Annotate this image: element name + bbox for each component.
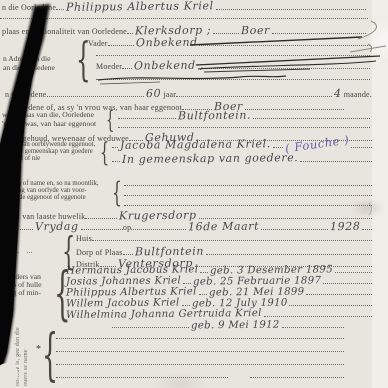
- deceased-name-row: n die Oorledene Philippus Albertus Kriel: [2, 1, 366, 12]
- spouse-name-value: Jacoba Magdalena Kriel.: [118, 138, 273, 151]
- footnote-asterisk: *: [36, 344, 41, 355]
- death-year-value: 1928: [328, 221, 363, 232]
- dotted-line: [92, 235, 372, 241]
- deceased-value: Philippus Albertus Kriel: [64, 0, 216, 13]
- dotted-line: [253, 113, 370, 119]
- dorp-row: Dorp of Plaas Bultfontein: [76, 246, 372, 257]
- death-date-value: 16de Maart: [186, 221, 261, 233]
- blank-line-row: [124, 190, 372, 196]
- residence-label-2: 'n vrou was, van haar eggenoot: [2, 119, 96, 128]
- dotted-line: [306, 289, 372, 295]
- huis-label: Huis: [76, 234, 92, 243]
- dotted-line: [206, 63, 370, 69]
- dotted-line: [56, 333, 344, 339]
- dotted-line: [362, 224, 372, 230]
- dotted-line: [56, 346, 344, 352]
- death-date-op: op: [123, 223, 131, 232]
- dotted-line: [199, 289, 207, 295]
- residence-row: Bultfontein.: [118, 110, 370, 121]
- nationality-label: plaas en Nasionaliteit van Oorledene: [2, 27, 127, 36]
- dotted-line: [118, 122, 370, 128]
- dotted-line: [282, 322, 344, 328]
- margin-note-line-2: ouers se name: [22, 336, 31, 386]
- child-row: Wilhelmina Johanna Gertruida Kriel: [64, 310, 372, 320]
- blank-line-row: [124, 200, 372, 206]
- dorp-value: Bultfontein: [133, 246, 206, 258]
- dotted-line: [273, 142, 283, 148]
- birthplace-value: Klerksdorp ;: [133, 25, 213, 37]
- dorp-label: Dorp of Plaas: [76, 248, 123, 257]
- age-years-unit: jaar: [163, 90, 176, 99]
- blank-line-row: [56, 372, 344, 378]
- age-months-value: 4: [332, 88, 344, 99]
- dotted-line: [335, 267, 372, 273]
- nation-value: Boer: [239, 25, 272, 36]
- blank-line-row: [96, 74, 370, 80]
- dotted-line: [351, 142, 372, 148]
- blank-line-row: [56, 346, 344, 352]
- dotted-line: [289, 300, 372, 306]
- dotted-line: [216, 4, 366, 10]
- vader-label: Vader: [88, 39, 108, 48]
- blank-line-row: [56, 359, 344, 365]
- community-row: In gemeenskap van goedere.: [112, 153, 372, 164]
- dotted-line: [118, 113, 176, 119]
- dotted-line: [131, 224, 186, 230]
- line-gap: [228, 377, 250, 378]
- vader-value: Onbekend: [134, 37, 200, 49]
- deceased-label: n die Oorledene: [2, 3, 56, 12]
- dotted-line: [81, 224, 123, 230]
- death-place-label: k ... ...: [2, 246, 32, 255]
- blank-line-row: [124, 180, 372, 186]
- age-label: n Oorledene: [5, 90, 47, 99]
- dotted-line: [176, 91, 332, 97]
- dotted-line: [112, 156, 120, 162]
- child-row: Josias Johannes Kriel geb. 25 Februarie …: [64, 277, 372, 287]
- nationality-row: plaas en Nasionaliteit van Oorledene Kle…: [2, 25, 366, 36]
- marriage-place-value: Krugersdorp: [117, 210, 199, 222]
- blank-line-row: [96, 50, 370, 56]
- pen-mark: [100, 82, 160, 84]
- dotted-line: [112, 322, 189, 328]
- residence-label-1: woonplaas van die, Oorledene: [2, 110, 94, 119]
- dotted-line: [124, 200, 372, 206]
- predeceased-label-3: oorlede eggenoot of eggenote: [5, 194, 86, 202]
- blank-line-row: [56, 333, 344, 339]
- predeceased-brace: {: [112, 179, 122, 207]
- dotted-line: [199, 213, 372, 219]
- child-birth-overflow: geb. 9 Mei 1912: [189, 321, 282, 332]
- dotted-line: [250, 372, 344, 378]
- moeder-value: Onbekend ,: [132, 60, 206, 72]
- moeder-label: Moeder: [96, 62, 122, 71]
- dotted-line: [300, 156, 372, 162]
- age-months-unit: maande.: [344, 90, 372, 99]
- dotted-line: [96, 74, 370, 80]
- dotted-line: [124, 190, 372, 196]
- parents-side-label-2: an die Oorledene: [3, 63, 55, 72]
- dotted-line: [272, 28, 366, 34]
- huis-row: Huis: [76, 234, 372, 243]
- dotted-line: [108, 40, 134, 46]
- dotted-line: [183, 278, 191, 284]
- spouse-label-3: getroud of nie: [2, 155, 40, 163]
- residence-value: Bultfontein.: [176, 110, 253, 122]
- dotted-line: [56, 372, 228, 378]
- dotted-line: [213, 28, 239, 34]
- dotted-line: [47, 91, 145, 97]
- dotted-line: [199, 40, 370, 46]
- parents-side-label-1: n Adres van die: [3, 54, 50, 63]
- dotted-line: [123, 249, 133, 255]
- spouse-name-row: Jacoba Magdalena Kriel. ( Fouche ): [112, 139, 372, 151]
- blank-line-row: [0, 13, 368, 19]
- age-row: n Oorledene 60 jaar 4 maande.: [5, 88, 372, 99]
- dotted-line: [0, 13, 368, 19]
- spouse-brace: {: [100, 140, 109, 166]
- dotted-line: [11, 224, 33, 230]
- death-date-row: g : Vrydag op 16de Maart 1928: [2, 221, 372, 232]
- dotted-line: [261, 224, 328, 230]
- dotted-line: [122, 63, 132, 69]
- dotted-line: [85, 213, 117, 219]
- dotted-line: [264, 311, 372, 317]
- dotted-line: [56, 4, 64, 10]
- residence-brace: {: [106, 108, 114, 132]
- dotted-line: [96, 50, 370, 56]
- child-row: Hermanus Jacobus Kriel geb. 3 Desember 1…: [64, 266, 372, 276]
- death-notice-scan: n die Oorledene Philippus Albertus Kriel…: [0, 0, 388, 388]
- dotted-line: [182, 300, 190, 306]
- dotted-line: [56, 359, 344, 365]
- blank-line-row: [118, 122, 370, 128]
- moeder-row: Moeder Onbekend ,: [96, 60, 370, 71]
- dotted-line: [323, 278, 372, 284]
- dotted-line: [124, 180, 372, 186]
- child-birth-overflow-row: geb. 9 Mei 1912: [112, 321, 344, 331]
- vader-row: Vader Onbekend: [88, 37, 370, 48]
- child-row: Philippus Albertus Kriel geb. 21 Mei 189…: [64, 288, 372, 298]
- age-years-value: 60: [144, 88, 163, 99]
- parents-brace: {: [76, 36, 91, 82]
- children-label-4: g is: [0, 296, 11, 305]
- community-value: In gemeenskap van goedere.: [120, 152, 300, 165]
- dotted-line: [206, 249, 372, 255]
- death-date-label: g :: [2, 223, 11, 232]
